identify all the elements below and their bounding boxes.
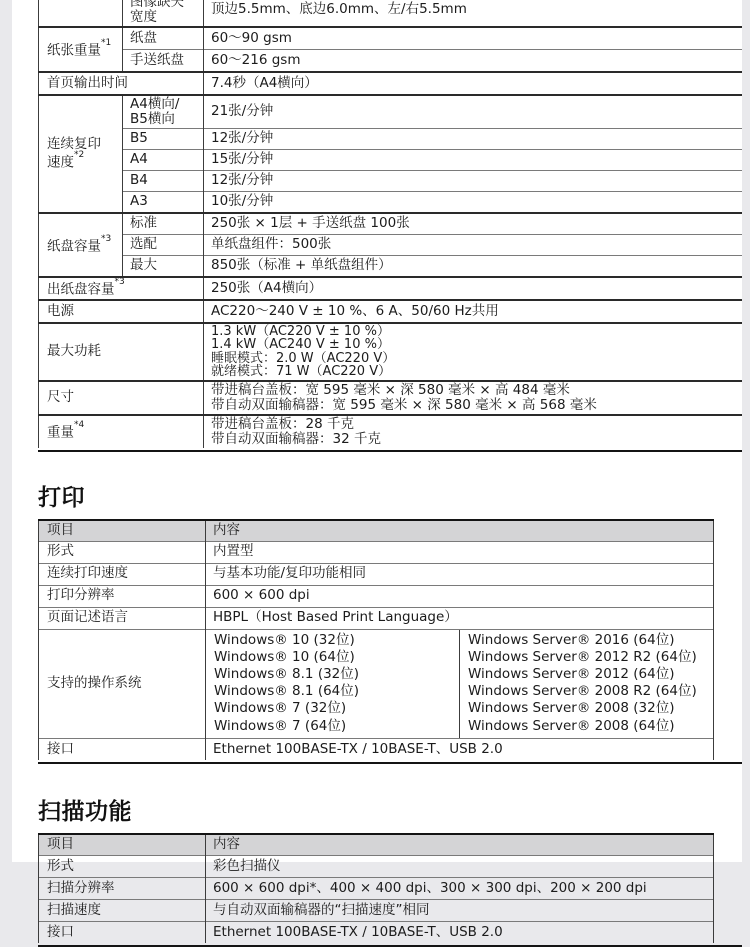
print-row-os: 支持的操作系统 Windows® 10 (32位) Windows® 10 (6… (39, 629, 714, 738)
spec-sub-cell: 纸盘 (123, 27, 204, 50)
print-row-speed: 连续打印速度 与基本功能/复印功能相同 (39, 563, 714, 585)
weight-label: 重量 (47, 425, 74, 441)
header-content: 内容 (206, 834, 714, 856)
print-row-label: 形式 (39, 541, 206, 563)
print-row-label: 接口 (39, 738, 206, 760)
os-item: Windows Server® 2008 (64位) (468, 718, 713, 735)
copy-speed-label-cell: 连续复印 速度*2 (39, 95, 123, 213)
print-row-value: Ethernet 100BASE-TX / 10BASE-T、USB 2.0 (206, 738, 714, 760)
spec-row-copy-speed-1: 连续复印 速度*2 A4横向/ B5横向 21张/分钟 (39, 95, 743, 129)
spec-row-paper-weight-1: 纸张重量*1 纸盘 60～90 gsm (39, 27, 743, 50)
print-row-interface: 接口 Ethernet 100BASE-TX / 10BASE-T、USB 2.… (39, 738, 714, 760)
spec-value-cell: 15张/分钟 (204, 150, 743, 171)
copy-speed-sub-line1: A4横向/ (130, 97, 196, 112)
weight-line: 带自动双面输稿器：32 千克 (211, 432, 735, 447)
footnote-mark: *3 (115, 277, 125, 287)
spec-value-cell: 60～216 gsm (204, 50, 743, 73)
spec-row-tray-capacity-3: 最大 850张（标准 + 单纸盘组件） (39, 256, 743, 278)
spec-sub-cell: A3 (123, 192, 204, 214)
spec-row-paper-weight-2: 手送纸盘 60～216 gsm (39, 50, 743, 73)
spec-row-power-supply: 电源 AC220～240 V ± 10 %、6 A、50/60 Hz共用 (39, 300, 743, 323)
first-page-time-label: 首页输出时间 (39, 72, 204, 95)
paper-weight-label: 纸张重量 (47, 43, 101, 59)
spec-sub-cell: 选配 (123, 235, 204, 256)
spec-sub-cell: 标准 (123, 213, 204, 235)
output-capacity-label-cell: 出纸盘容量*3 (39, 277, 204, 300)
print-row-label: 打印分辨率 (39, 585, 206, 607)
spec-value-cell: 顶边5.5mm、底边6.0mm、左/右5.5mm (204, 0, 743, 27)
spec-sub-cell: A4 (123, 150, 204, 171)
spec-value-cell: 250张（A4横向） (204, 277, 743, 300)
spec-value-cell: 21张/分钟 (204, 95, 743, 129)
spec-sub-cell: B5 (123, 129, 204, 150)
spec-sub-cell: 最大 (123, 256, 204, 278)
spec-value-cell: 12张/分钟 (204, 171, 743, 192)
footnote-mark: *3 (101, 234, 111, 244)
max-power-line: 1.3 kW（AC220 V ± 10 %） (211, 325, 735, 338)
os-row-label: 支持的操作系统 (39, 629, 206, 738)
spec-row-max-power: 最大功耗 1.3 kW（AC220 V ± 10 %） 1.4 kW（AC240… (39, 323, 743, 381)
os-item: Windows Server® 2008 (32位) (468, 700, 713, 717)
spec-row-tray-capacity-2: 选配 单纸盘组件：500张 (39, 235, 743, 256)
spec-sub-cell: 手送纸盘 (123, 50, 204, 73)
spec-sub-cell: 图像缺失 宽度 (123, 0, 204, 27)
os-column-right: Windows Server® 2016 (64位) Windows Serve… (459, 630, 713, 738)
document-page: 图像缺失 宽度 顶边5.5mm、底边6.0mm、左/右5.5mm 纸张重量*1 … (12, 0, 742, 862)
print-row-value: 600 × 600 dpi (206, 585, 714, 607)
spec-sub-cell: B4 (123, 171, 204, 192)
print-row-value: 内置型 (206, 541, 714, 563)
os-item: Windows® 7 (64位) (214, 718, 459, 735)
scan-table-wrap: 项目 内容 形式 彩色扫描仪 扫描分辨率 600 × 600 dpi*、400 … (38, 833, 742, 875)
header-content: 内容 (206, 520, 714, 542)
spec-value-cell: 带进稿台盖板：28 千克 带自动双面输稿器：32 千克 (204, 415, 743, 448)
os-column-left: Windows® 10 (32位) Windows® 10 (64位) Wind… (206, 630, 459, 738)
power-supply-label: 电源 (39, 300, 204, 323)
spec-value-cell: 1.3 kW（AC220 V ± 10 %） 1.4 kW（AC240 V ± … (204, 323, 743, 381)
spec-row-weight: 重量*4 带进稿台盖板：28 千克 带自动双面输稿器：32 千克 (39, 415, 743, 448)
spec-value-cell: 带进稿台盖板：宽 595 毫米 × 深 580 毫米 × 高 484 毫米 带自… (204, 381, 743, 415)
dimensions-line: 带自动双面输稿器：宽 595 毫米 × 深 580 毫米 × 高 568 毫米 (211, 398, 735, 413)
spec-row-first-page-time: 首页输出时间 7.4秒（A4横向） (39, 72, 743, 95)
scan-row-label: 形式 (39, 855, 206, 875)
spec-value-cell: 单纸盘组件：500张 (204, 235, 743, 256)
os-item: Windows Server® 2012 (64位) (468, 666, 713, 683)
spec-row-copy-speed-4: B4 12张/分钟 (39, 171, 743, 192)
tray-capacity-label-cell: 纸盘容量*3 (39, 213, 123, 277)
print-row-label: 页面记述语言 (39, 607, 206, 629)
os-columns: Windows® 10 (32位) Windows® 10 (64位) Wind… (206, 630, 713, 738)
os-item: Windows® 7 (32位) (214, 700, 459, 717)
header-item: 项目 (39, 834, 206, 856)
footnote-mark: *4 (74, 420, 84, 430)
spec-value-cell: 7.4秒（A4横向） (204, 72, 743, 95)
scan-section-title: 扫描功能 (38, 764, 742, 826)
spec-table-wrap: 图像缺失 宽度 顶边5.5mm、底边6.0mm、左/右5.5mm 纸张重量*1 … (38, 0, 742, 452)
print-row-value: HBPL（Host Based Print Language） (206, 607, 714, 629)
print-row-value: 与基本功能/复印功能相同 (206, 563, 714, 585)
print-row-label: 连续打印速度 (39, 563, 206, 585)
dimensions-label: 尺寸 (39, 381, 204, 415)
spec-row-copy-speed-3: A4 15张/分钟 (39, 150, 743, 171)
print-table-wrap: 项目 内容 形式 内置型 连续打印速度 与基本功能/复印功能相同 打印分辨率 6… (38, 519, 742, 764)
weight-line: 带进稿台盖板：28 千克 (211, 417, 735, 432)
weight-label-cell: 重量*4 (39, 415, 204, 448)
dimensions-line: 带进稿台盖板：宽 595 毫米 × 深 580 毫米 × 高 484 毫米 (211, 383, 735, 398)
os-list-cell: Windows® 10 (32位) Windows® 10 (64位) Wind… (206, 629, 714, 738)
print-table: 项目 内容 形式 内置型 连续打印速度 与基本功能/复印功能相同 打印分辨率 6… (38, 519, 714, 760)
spec-table: 图像缺失 宽度 顶边5.5mm、底边6.0mm、左/右5.5mm 纸张重量*1 … (38, 0, 742, 448)
spec-row-copy-speed-2: B5 12张/分钟 (39, 129, 743, 150)
print-row-pdl: 页面记述语言 HBPL（Host Based Print Language） (39, 607, 714, 629)
spec-row-output-capacity: 出纸盘容量*3 250张（A4横向） (39, 277, 743, 300)
footnote-mark: *1 (101, 38, 111, 48)
spec-value-cell: 10张/分钟 (204, 192, 743, 214)
spec-value-cell: 12张/分钟 (204, 129, 743, 150)
os-item: Windows Server® 2008 R2 (64位) (468, 683, 713, 700)
spec-value-cell: AC220～240 V ± 10 %、6 A、50/60 Hz共用 (204, 300, 743, 323)
os-item: Windows® 10 (64位) (214, 649, 459, 666)
os-item: Windows Server® 2016 (64位) (468, 632, 713, 649)
print-section-title: 打印 (38, 452, 742, 512)
scan-table-header: 项目 内容 (39, 834, 714, 856)
max-power-label: 最大功耗 (39, 323, 204, 381)
max-power-line: 1.4 kW（AC240 V ± 10 %） (211, 338, 735, 351)
spec-value-cell: 850张（标准 + 单纸盘组件） (204, 256, 743, 278)
scan-table: 项目 内容 形式 彩色扫描仪 扫描分辨率 600 × 600 dpi*、400 … (38, 833, 714, 875)
spec-row-dimensions: 尺寸 带进稿台盖板：宽 595 毫米 × 深 580 毫米 × 高 484 毫米… (39, 381, 743, 415)
header-item: 项目 (39, 520, 206, 542)
print-row-resolution: 打印分辨率 600 × 600 dpi (39, 585, 714, 607)
os-item: Windows® 8.1 (64位) (214, 683, 459, 700)
paper-weight-label-cell: 纸张重量*1 (39, 27, 123, 72)
tray-capacity-label: 纸盘容量 (47, 238, 101, 254)
image-loss-label-line2: 宽度 (130, 10, 196, 25)
spec-row-copy-speed-5: A3 10张/分钟 (39, 192, 743, 214)
spec-row-tray-capacity-1: 纸盘容量*3 标准 250张 × 1层 + 手送纸盘 100张 (39, 213, 743, 235)
print-table-header: 项目 内容 (39, 520, 714, 542)
os-item: Windows® 8.1 (32位) (214, 666, 459, 683)
output-capacity-label: 出纸盘容量 (47, 282, 115, 298)
os-item: Windows® 10 (32位) (214, 632, 459, 649)
spec-row-image-loss: 图像缺失 宽度 顶边5.5mm、底边6.0mm、左/右5.5mm (39, 0, 743, 27)
scan-row-type: 形式 彩色扫描仪 (39, 855, 714, 875)
os-item: Windows Server® 2012 R2 (64位) (468, 649, 713, 666)
scan-row-value: 彩色扫描仪 (206, 855, 714, 875)
footnote-mark: *2 (74, 150, 84, 160)
print-row-type: 形式 内置型 (39, 541, 714, 563)
spec-sub-cell: A4横向/ B5横向 (123, 95, 204, 129)
spec-value-cell: 60～90 gsm (204, 27, 743, 50)
spec-value-cell: 250张 × 1层 + 手送纸盘 100张 (204, 213, 743, 235)
max-power-line: 就绪模式：71 W（AC220 V） (211, 365, 735, 378)
copy-speed-label-line2: 速度*2 (47, 152, 115, 171)
spec-label-cell-empty (39, 0, 123, 27)
copy-speed-sub-line2: B5横向 (130, 112, 196, 127)
